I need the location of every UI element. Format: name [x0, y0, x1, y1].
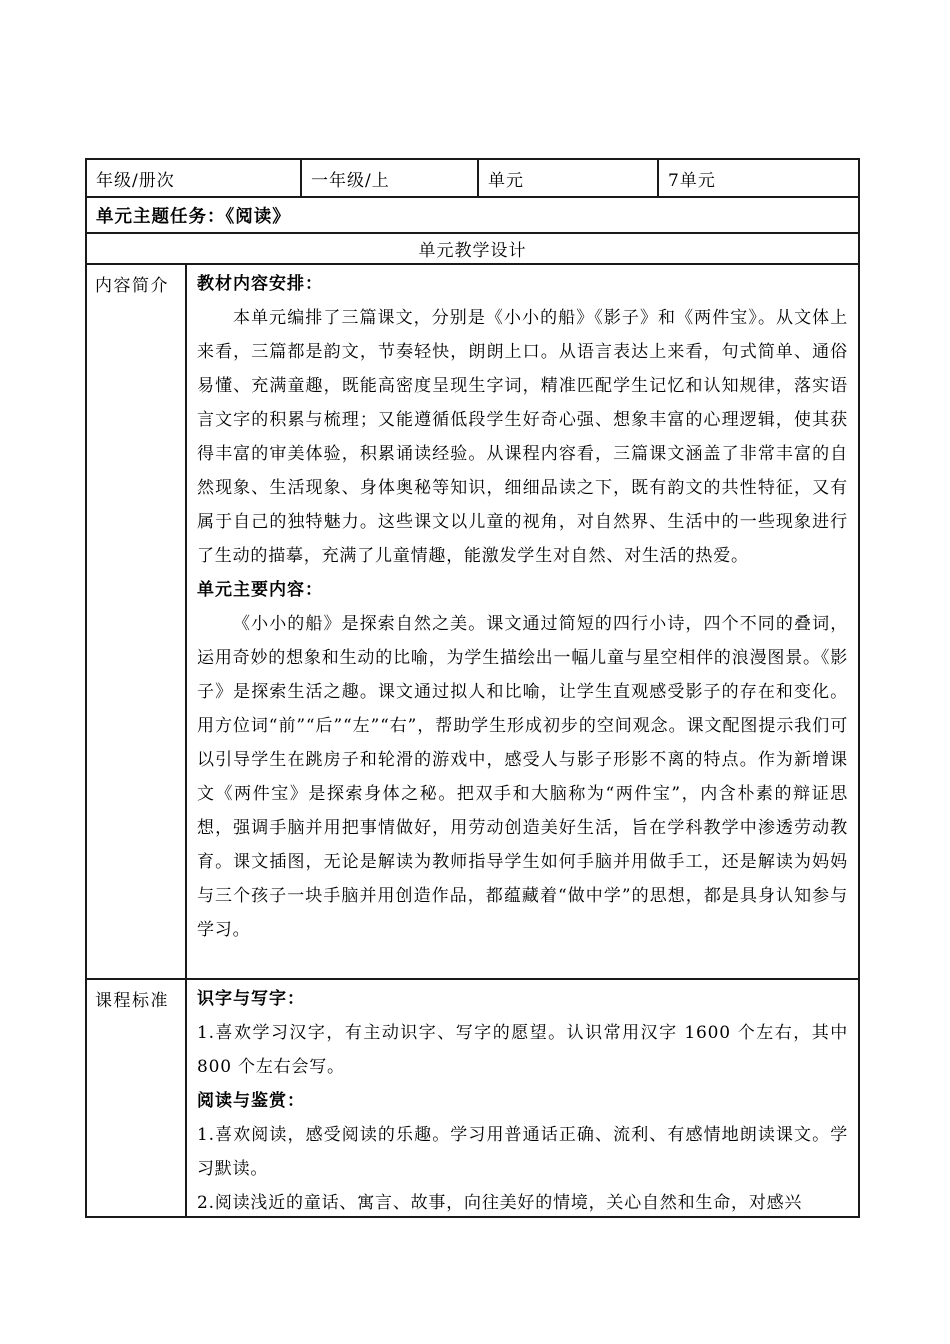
meta-row: 年级/册次 一年级/上 单元 7单元	[87, 160, 858, 198]
theme-task-title: 单元主题任务：《阅读》	[87, 198, 858, 232]
body-paragraph: 《小小的船》是探索自然之美。课文通过简短的四行小诗，四个不同的叠词，运用奇妙的想…	[197, 607, 848, 947]
list-item: 2.阅读浅近的童话、寓言、故事，向往美好的情境，关心自然和生命，对感兴	[197, 1186, 848, 1218]
design-heading: 单元教学设计	[87, 234, 858, 263]
section-heading: 阅读与鉴赏：	[197, 1084, 848, 1118]
section-heading: 教材内容安排：	[197, 267, 848, 301]
unit-design-table: 年级/册次 一年级/上 单元 7单元 单元主题任务：《阅读》 单元教学设计 内容…	[85, 158, 860, 1218]
unit-value-cell: 7单元	[659, 160, 858, 196]
section-heading: 识字与写字：	[197, 982, 848, 1016]
content-intro-row: 内容简介 教材内容安排： 本单元编排了三篇课文，分别是《小小的船》《影子》和《两…	[87, 265, 858, 980]
content-intro-label: 内容简介	[87, 265, 187, 978]
list-item: 1.喜欢阅读，感受阅读的乐趣。学习用普通话正确、流利、有感情地朗读课文。学习默读…	[197, 1118, 848, 1186]
list-item: 1.喜欢学习汉字，有主动识字、写字的愿望。认识常用汉字 1600 个左右，其中 …	[197, 1016, 848, 1084]
grade-label-cell: 年级/册次	[87, 160, 302, 196]
grade-value-cell: 一年级/上	[302, 160, 479, 196]
theme-task-row: 单元主题任务：《阅读》	[87, 198, 858, 234]
design-heading-row: 单元教学设计	[87, 234, 858, 265]
content-intro-body: 教材内容安排： 本单元编排了三篇课文，分别是《小小的船》《影子》和《两件宝》。从…	[187, 265, 858, 978]
curriculum-label: 课程标准	[87, 980, 187, 1218]
unit-label-cell: 单元	[479, 160, 659, 196]
curriculum-row: 课程标准 识字与写字： 1.喜欢学习汉字，有主动识字、写字的愿望。认识常用汉字 …	[87, 980, 858, 1218]
section-heading: 单元主要内容：	[197, 573, 848, 607]
document-page: { "meta_row": { "grade_label": "年级/册次", …	[0, 0, 950, 1344]
curriculum-body: 识字与写字： 1.喜欢学习汉字，有主动识字、写字的愿望。认识常用汉字 1600 …	[187, 980, 858, 1218]
body-paragraph: 本单元编排了三篇课文，分别是《小小的船》《影子》和《两件宝》。从文体上来看，三篇…	[197, 301, 848, 573]
